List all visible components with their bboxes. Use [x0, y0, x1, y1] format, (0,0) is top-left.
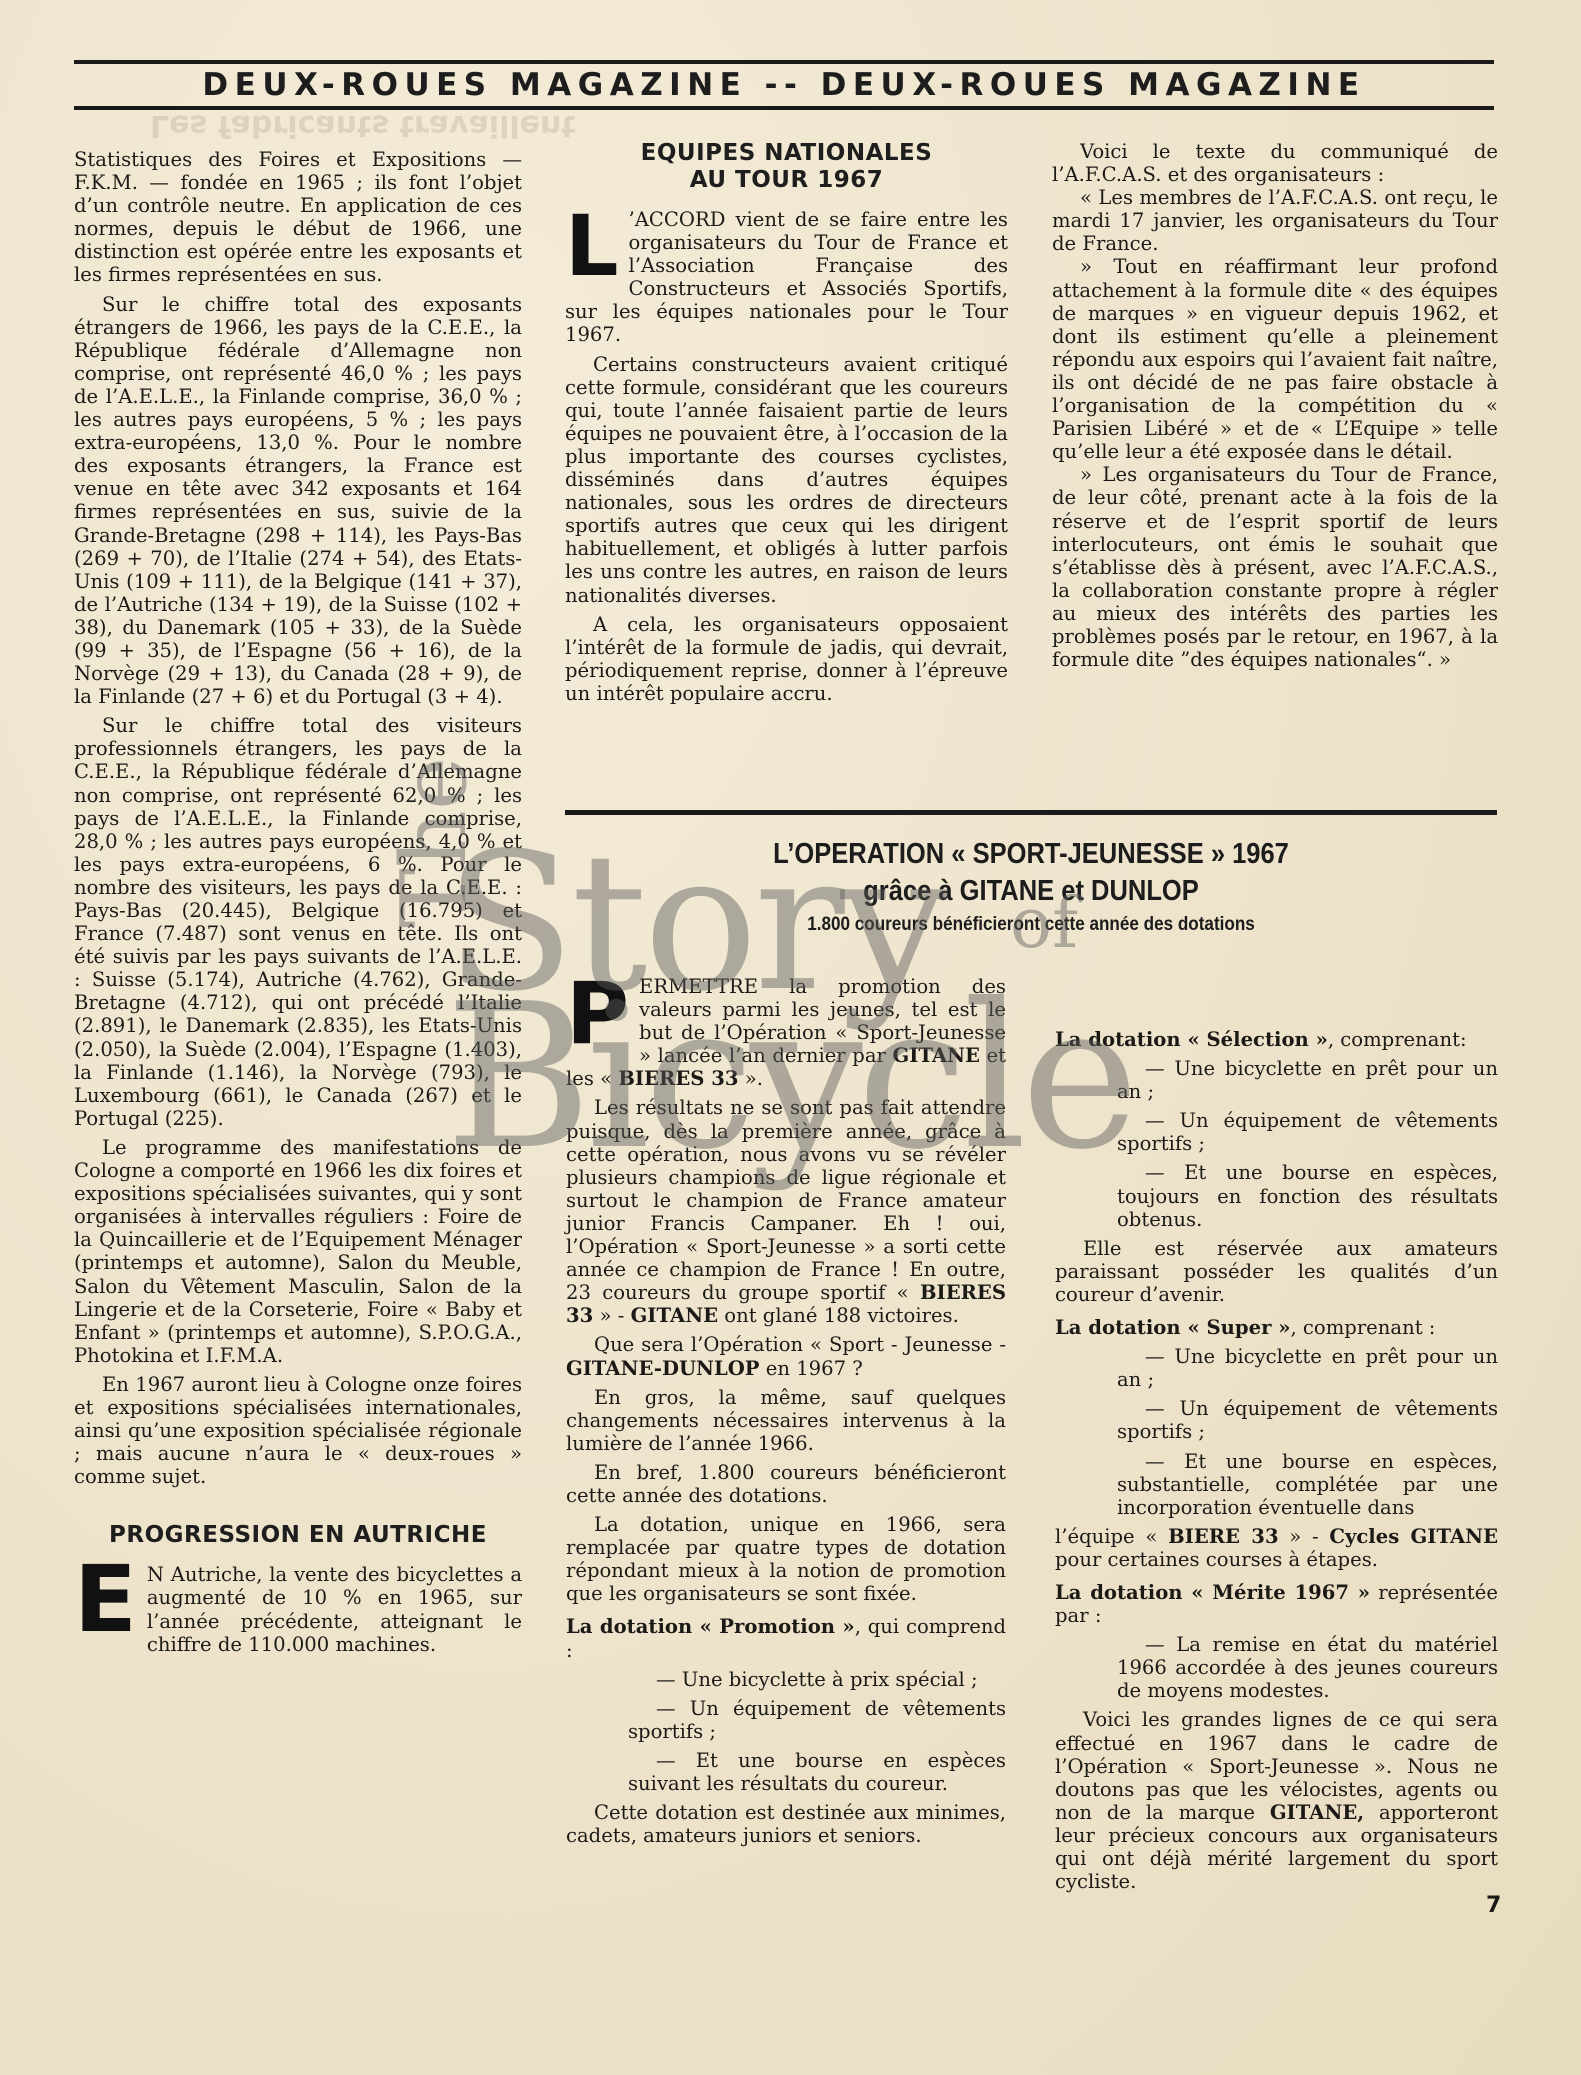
dotation-merite-lead: La dotation « Mérite 1967 » représentée … [1055, 1581, 1498, 1627]
paragraph: En gros, la même, sauf quelques changeme… [566, 1386, 1006, 1455]
section-divider [565, 810, 1497, 815]
paragraph: » Tout en réaffirmant leur profond attac… [1052, 255, 1498, 463]
paragraph: La dotation, unique en 1966, sera rempla… [566, 1513, 1006, 1605]
heading-line: EQUIPES NATIONALES [641, 140, 933, 166]
paragraph: Sur le chiffre total des exposants étran… [74, 293, 522, 709]
headline-line1: L’OPERATION « SPORT-JEUNESSE » 1967 [621, 836, 1441, 872]
paragraph: Voici les grandes lignes de ce qui sera … [1055, 1708, 1498, 1893]
list-item: — Un équipement de vêtements sportifs ; [1055, 1397, 1498, 1443]
list-item: — Un équipement de vêtements sportifs ; [1055, 1109, 1498, 1155]
list-item: — Une bicyclette en prêt pour un an ; [1055, 1057, 1498, 1103]
paragraph: Que sera l’Opération « Sport - Jeunesse … [566, 1333, 1006, 1379]
paragraph: « Les membres de l’A.F.C.A.S. ont reçu, … [1052, 186, 1498, 255]
paragraph: En bref, 1.800 coureurs bénéficieront ce… [566, 1461, 1006, 1507]
heading-progression-autriche: PROGRESSION EN AUTRICHE [74, 1522, 522, 1549]
masthead-title: DEUX-ROUES MAGAZINE -- DEUX-ROUES MAGAZI… [202, 67, 1365, 103]
paragraph: Elle est réservée aux amateurs paraissan… [1055, 1237, 1498, 1306]
masthead: DEUX-ROUES MAGAZINE -- DEUX-ROUES MAGAZI… [74, 60, 1494, 110]
list-item: — Et une bourse en espèces, toujours en … [1055, 1161, 1498, 1230]
paragraph: Les résultats ne se sont pas fait attend… [566, 1096, 1006, 1327]
paragraph: Le programme des manifestations de Colog… [74, 1136, 522, 1367]
show-through-text: Les fabricants travaillent [150, 108, 576, 143]
paragraph: En 1967 auront lieu à Cologne onze foire… [74, 1373, 522, 1488]
paragraph: ERMETTRE la promotion des valeurs parmi … [566, 975, 1006, 1090]
list-item: — Une bicyclette en prêt pour un an ; [1055, 1345, 1498, 1391]
list-item: — La remise en état du matériel 1966 acc… [1055, 1633, 1498, 1702]
article-autriche: E N Autriche, la vente des bicyclettes a… [74, 1563, 522, 1655]
page-number: 7 [1486, 1893, 1501, 1918]
paragraph: Sur le chiffre total des visiteurs profe… [74, 714, 522, 1130]
paragraph: Cette dotation est destinée aux minimes,… [566, 1801, 1006, 1847]
dropcap: L [565, 214, 619, 278]
column-communique: Voici le texte du communiqué de l’A.F.C.… [1052, 140, 1498, 677]
heading-line: AU TOUR 1967 [690, 167, 883, 193]
headline-subtitle: 1.800 coureurs bénéficieront cette année… [612, 910, 1451, 940]
paragraph: l’équipe « BIERE 33 » - Cycles GITANE po… [1055, 1525, 1498, 1571]
list-item: — Une bicyclette à prix spécial ; [566, 1668, 1006, 1691]
column-operation-left: P ERMETTRE la promotion des valeurs parm… [566, 975, 1006, 1853]
column-equipes-nationales: EQUIPES NATIONALES AU TOUR 1967 L ’ACCOR… [565, 140, 1008, 711]
headline-line2: grâce à GITANE et DUNLOP [621, 872, 1441, 910]
column-cologne-fairs: Statistiques des Foires et Expositions —… [74, 148, 522, 1662]
list-item: — Un équipement de vêtements sportifs ; [566, 1697, 1006, 1743]
column-operation-right: La dotation « Sélection », comprenant: —… [1055, 970, 1498, 1899]
dropcap: P [566, 981, 629, 1047]
list-item: — Et une bourse en espèces suivant les r… [566, 1749, 1006, 1795]
paragraph: Certains constructeurs avaient critiqué … [565, 353, 1008, 607]
paragraph: Statistiques des Foires et Expositions —… [74, 148, 522, 287]
operation-headline: L’OPERATION « SPORT-JEUNESSE » 1967 grâc… [565, 836, 1497, 940]
paragraph: A cela, les organisateurs opposaient l’i… [565, 613, 1008, 705]
dotation-selection-lead: La dotation « Sélection », comprenant: [1055, 1028, 1498, 1051]
dotation-promotion-lead: La dotation « Promotion », qui comprend … [566, 1615, 1006, 1661]
paragraph: N Autriche, la vente des bicyclettes a a… [74, 1563, 522, 1655]
list-item: — Et une bourse en espèces, substantiell… [1055, 1450, 1498, 1519]
paragraph: Voici le texte du communiqué de l’A.F.C.… [1052, 140, 1498, 186]
dropcap: E [74, 1565, 137, 1635]
dotation-super-lead: La dotation « Super », comprenant : [1055, 1316, 1498, 1339]
paragraph: ’ACCORD vient de se faire entre les orga… [565, 208, 1008, 347]
paragraph: » Les organisateurs du Tour de France, d… [1052, 463, 1498, 671]
heading-equipes-nationales: EQUIPES NATIONALES AU TOUR 1967 [565, 140, 1008, 194]
